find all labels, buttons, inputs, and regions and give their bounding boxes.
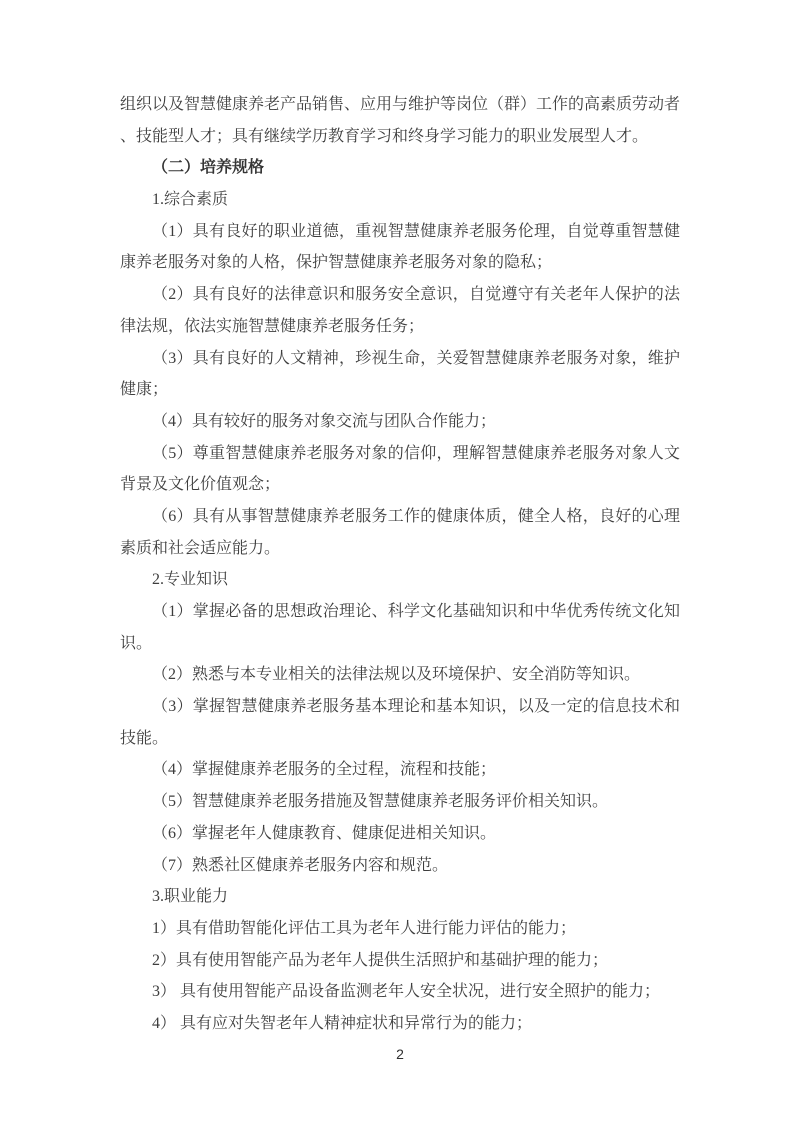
page-number: 2	[120, 1044, 680, 1064]
text-line: （1）具有良好的职业道德，重视智慧健康养老服务伦理，自觉尊重智慧健	[120, 216, 680, 248]
text-line: 2）具有使用智能产品为老年人提供生活照护和基础护理的能力；	[120, 945, 680, 977]
text-line: 健康；	[120, 374, 680, 406]
text-line: （2）具有良好的法律意识和服务安全意识，自觉遵守有关老年人保护的法	[120, 279, 680, 311]
text-line: （4）具有较好的服务对象交流与团队合作能力；	[120, 406, 680, 438]
text-line: 素质和社会适应能力。	[120, 533, 680, 565]
text-line: （4）掌握健康养老服务的全过程，流程和技能；	[120, 754, 680, 786]
text-line: 识。	[120, 628, 680, 660]
text-line: （3）具有良好的人文精神，珍视生命，关爱智慧健康养老服务对象，维护	[120, 343, 680, 375]
text-line: 2.专业知识	[120, 564, 680, 596]
text-line: （1）掌握必备的思想政治理论、科学文化基础知识和中华优秀传统文化知	[120, 596, 680, 628]
text-line: （6）具有从事智慧健康养老服务工作的健康体质，健全人格，良好的心理	[120, 501, 680, 533]
text-line: （7）熟悉社区健康养老服务内容和规范。	[120, 850, 680, 882]
text-line: 3.职业能力	[120, 881, 680, 913]
text-line: （3）掌握智慧健康养老服务基本理论和基本知识，以及一定的信息技术和	[120, 691, 680, 723]
text-line: 组织以及智慧健康养老产品销售、应用与维护等岗位（群）工作的高素质劳动者	[120, 89, 680, 121]
text-line: （5）尊重智慧健康养老服务对象的信仰，理解智慧健康养老服务对象人文	[120, 438, 680, 470]
text-line: 律法规，依法实施智慧健康养老服务任务；	[120, 311, 680, 343]
text-line: （5）智慧健康养老服务措施及智慧健康养老服务评价相关知识。	[120, 786, 680, 818]
text-line: 背景及文化价值观念；	[120, 469, 680, 501]
text-line: 1）具有借助智能化评估工具为老年人进行能力评估的能力；	[120, 913, 680, 945]
text-line: （2）熟悉与本专业相关的法律法规以及环境保护、安全消防等知识。	[120, 659, 680, 691]
document-page: 组织以及智慧健康养老产品销售、应用与维护等岗位（群）工作的高素质劳动者、技能型人…	[0, 0, 800, 1131]
text-line: 康养老服务对象的人格，保护智慧健康养老服务对象的隐私；	[120, 247, 680, 279]
text-line: 、技能型人才；具有继续学历教育学习和终身学习能力的职业发展型人才。	[120, 121, 680, 153]
text-line: 技能。	[120, 723, 680, 755]
text-line: 4） 具有应对失智老年人精神症状和异常行为的能力；	[120, 1008, 680, 1040]
text-line: （6）掌握老年人健康教育、健康促进相关知识。	[120, 818, 680, 850]
document-text-lines: 组织以及智慧健康养老产品销售、应用与维护等岗位（群）工作的高素质劳动者、技能型人…	[120, 89, 680, 1040]
section-heading: （二）培养规格	[120, 152, 680, 184]
text-line: 3） 具有使用智能产品设备监测老年人安全状况，进行安全照护的能力；	[120, 976, 680, 1008]
text-line: 1.综合素质	[120, 184, 680, 216]
